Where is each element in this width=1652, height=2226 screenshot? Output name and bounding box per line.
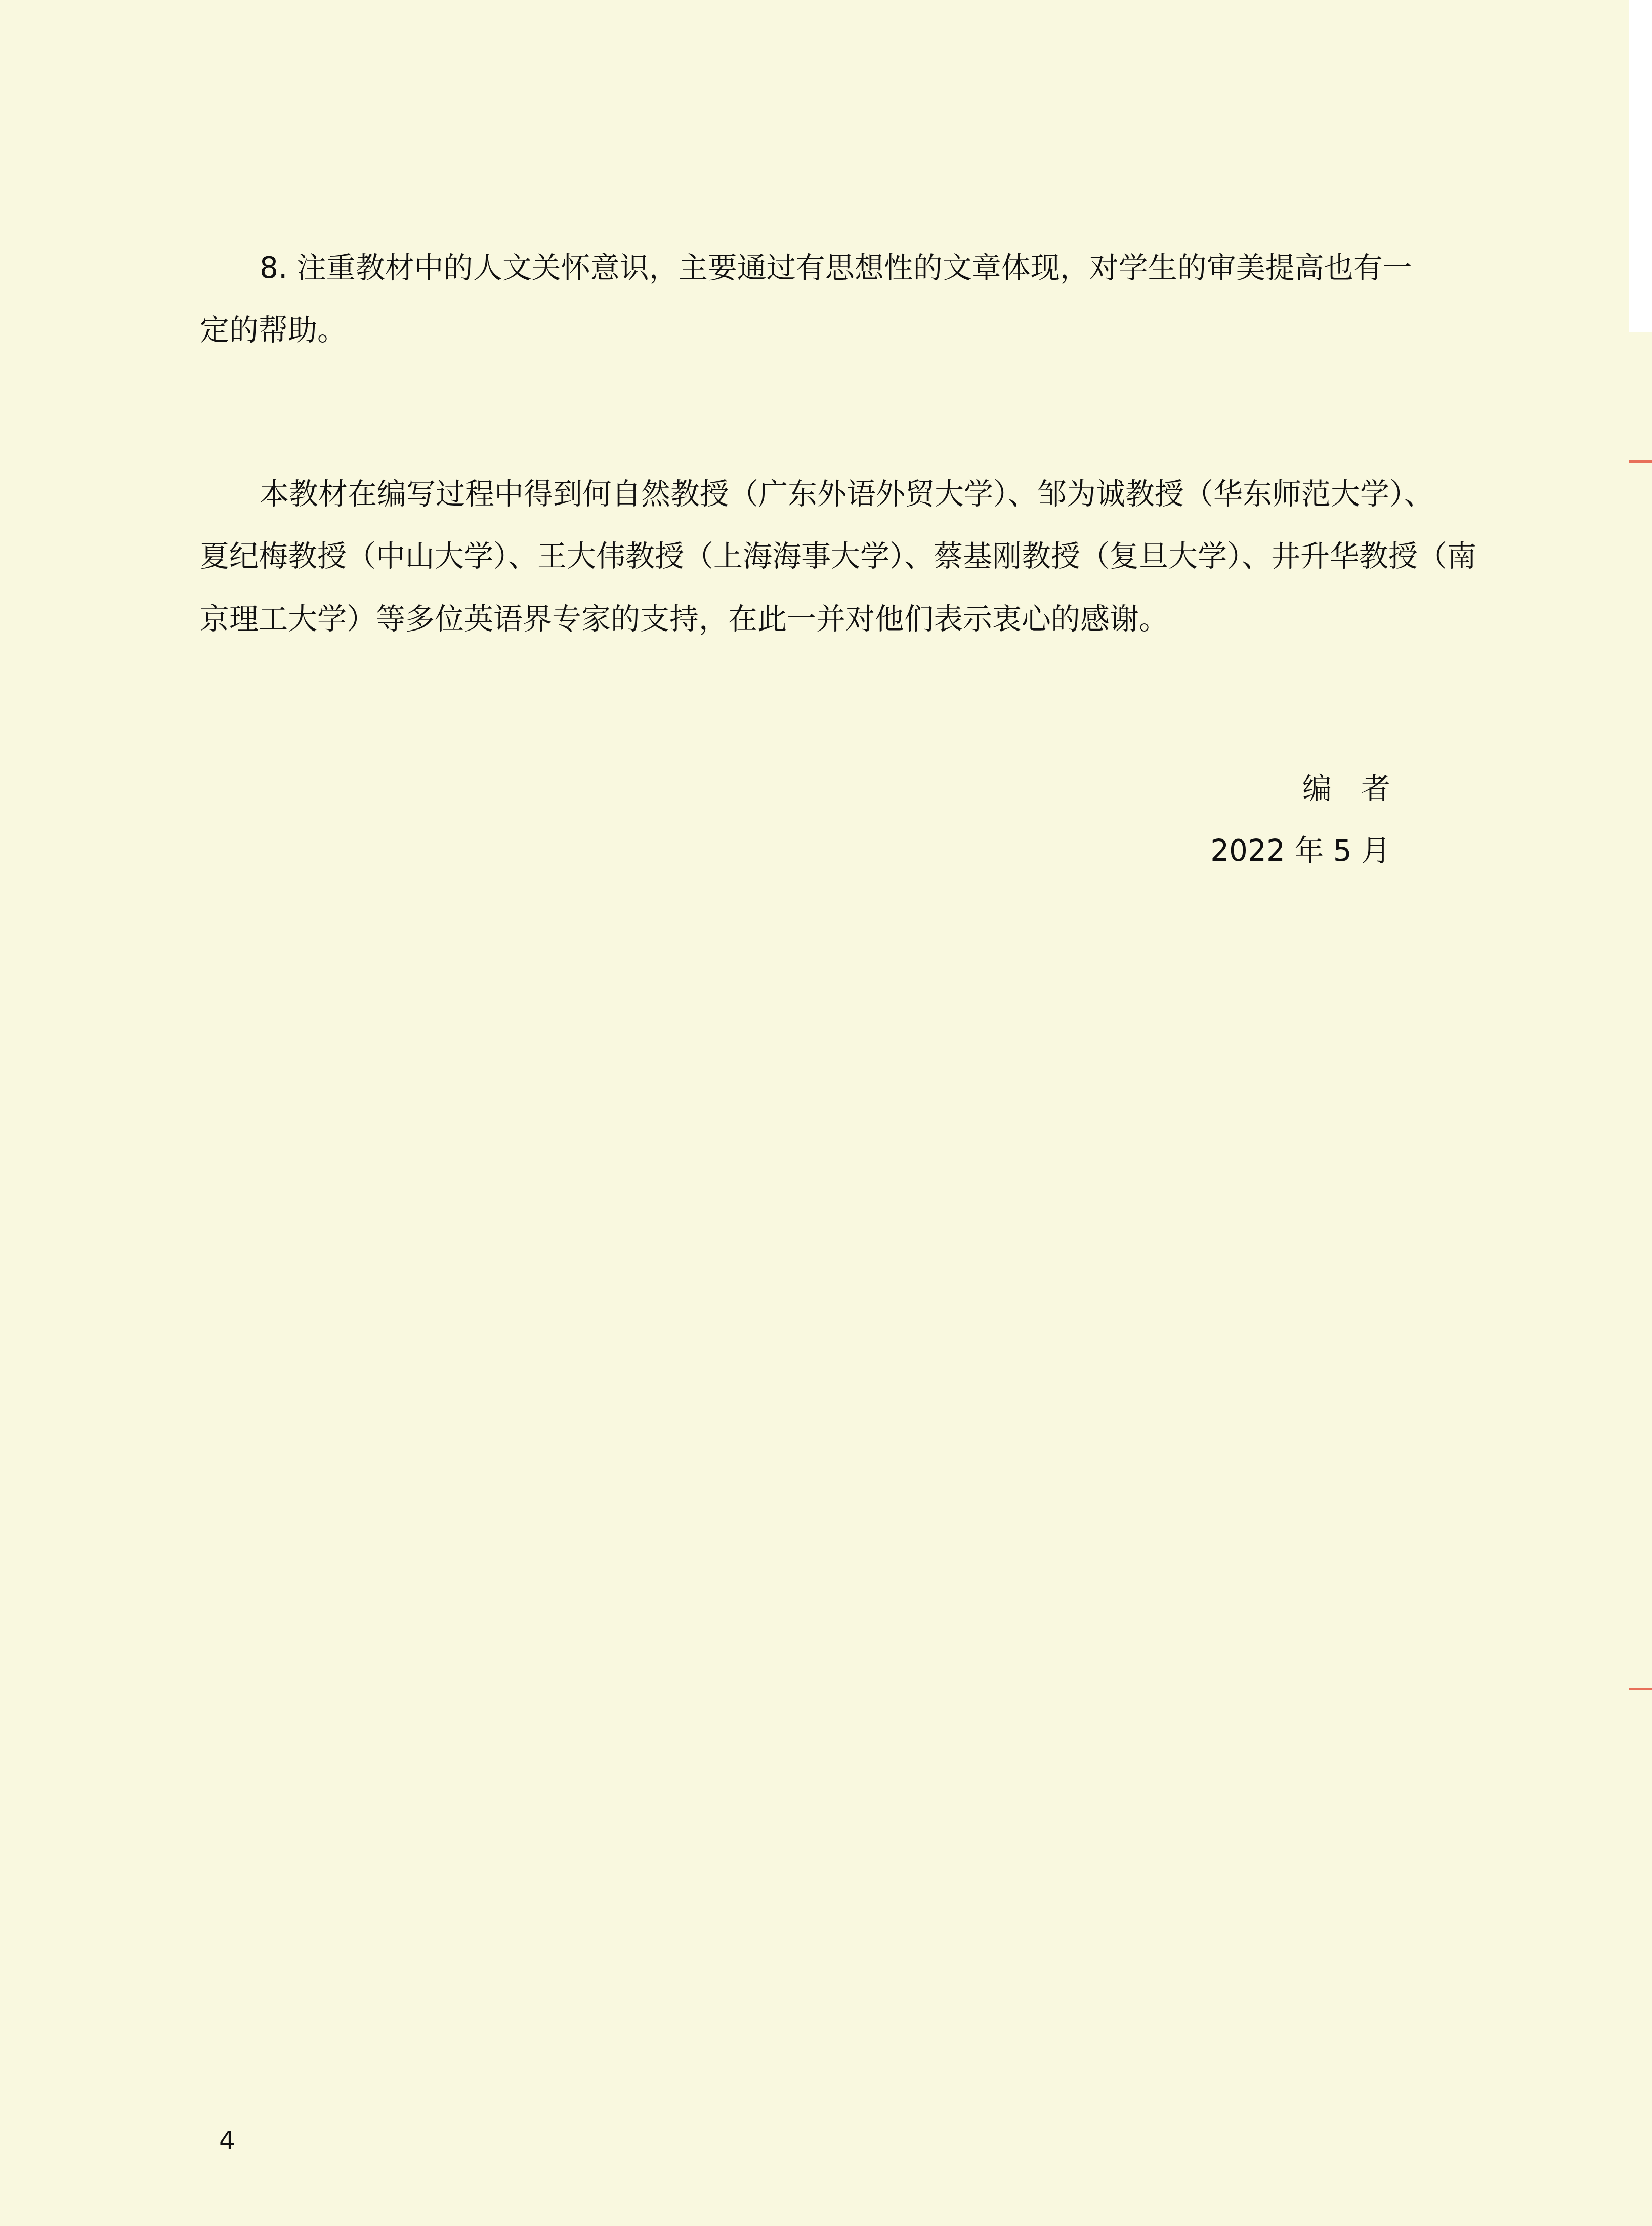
viewport-edge-strip [1629,0,1652,332]
paragraph-line: 京理工大学）等多位英语界专家的支持，在此一并对他们表示衷心的感谢。 [200,602,1168,636]
paragraph-line: 本教材在编写过程中得到何自然教授（广东外语外贸大学）、邹为诚教授（华东师范大学）… [260,477,1433,511]
margin-mark-top [1629,460,1652,463]
paragraph-line: 8. 注重教材中的人文关怀意识，主要通过有思想性的文章体现，对学生的审美提高也有… [260,251,1412,284]
signature-author: 编 者 [1302,772,1390,805]
paragraph-line: 夏纪梅教授（中山大学）、王大伟教授（上海海事大学）、蔡基刚教授（复旦大学）、井升… [200,539,1476,573]
signature-date: 2022 年 5 月 [1210,834,1390,867]
paragraph-line: 定的帮助。 [200,313,347,347]
page-number: 4 [219,2125,235,2156]
margin-mark-bottom [1629,1688,1652,1690]
